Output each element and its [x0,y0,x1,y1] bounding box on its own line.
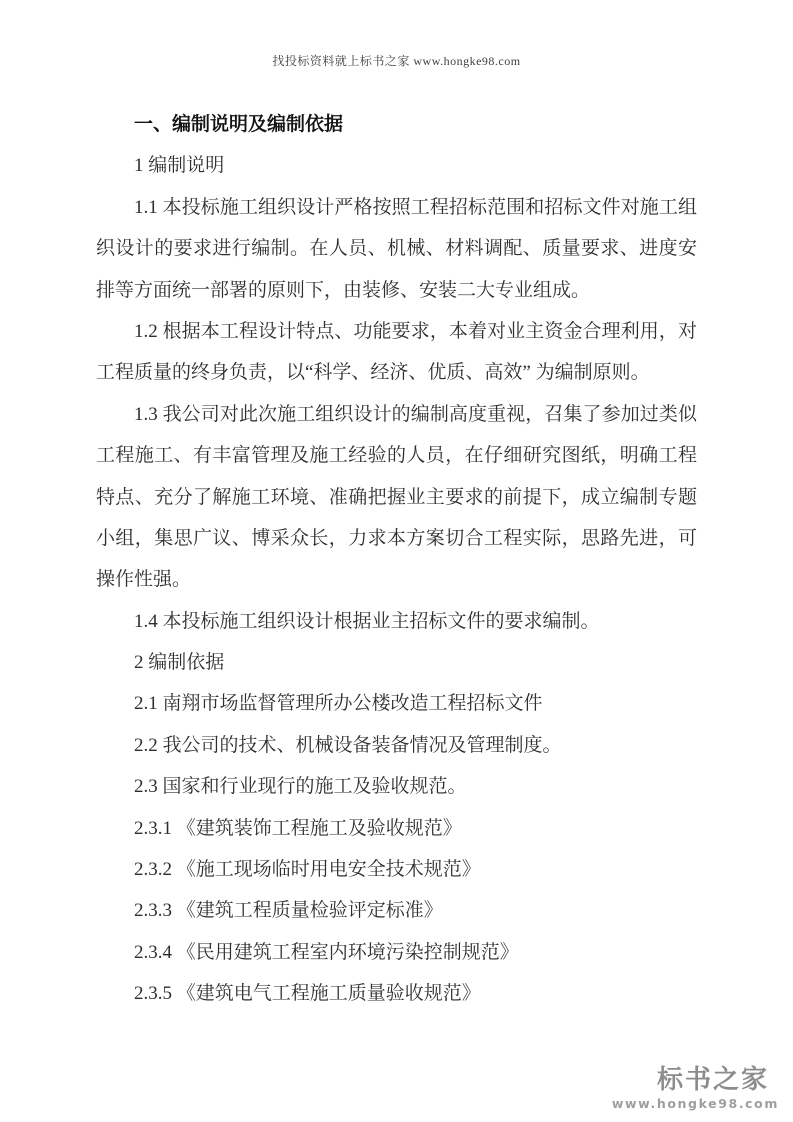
watermark: 标书之家 www.hongke98.com [612,1067,779,1111]
paragraph-line: 2.1 南翔市场监督管理所办公楼改造工程招标文件 [96,683,697,724]
paragraph-line: 工程施工、有丰富管理及施工经验的人员，在仔细研究图纸，明确工程 [96,435,697,476]
paragraph-line: 2.3.3 《建筑工程质量检验评定标准》 [96,890,697,931]
paragraph-line: 2.3 国家和行业现行的施工及验收规范。 [96,766,697,807]
document-header: 找投标资料就上标书之家 www.hongke98.com [0,52,793,69]
document-page: 找投标资料就上标书之家 www.hongke98.com 一、编制说明及编制依据… [0,0,793,1122]
watermark-logo: 标书之家 [612,1067,779,1093]
watermark-url: www.hongke98.com [612,1098,779,1111]
paragraph-line: 2.3.1 《建筑装饰工程施工及验收规范》 [96,808,697,849]
paragraph-line: 1 编制说明 [96,145,697,186]
paragraph-line: 1.2 根据本工程设计特点、功能要求，本着对业主资金合理利用，对 [96,311,697,352]
paragraph-line: 织设计的要求进行编制。在人员、机械、材料调配、质量要求、进度安 [96,228,697,269]
section-heading: 一、编制说明及编制依据 [96,104,697,145]
paragraph-line: 工程质量的终身负责，以“科学、经济、优质、高效” 为编制原则。 [96,352,697,393]
paragraph-line: 2 编制依据 [96,642,697,683]
paragraph-line: 2.3.2 《施工现场临时用电安全技术规范》 [96,849,697,890]
paragraph-line: 操作性强。 [96,559,697,600]
paragraph-line: 2.3.4 《民用建筑工程室内环境污染控制规范》 [96,932,697,973]
paragraph-line: 1.3 我公司对此次施工组织设计的编制高度重视，召集了参加过类似 [96,394,697,435]
paragraph-line: 1.4 本投标施工组织设计根据业主招标文件的要求编制。 [96,601,697,642]
paragraph-line: 排等方面统一部署的原则下，由装修、安装二大专业组成。 [96,270,697,311]
header-site-text: 找投标资料就上标书之家 www.hongke98.com [272,54,520,68]
paragraph-line: 1.1 本投标施工组织设计严格按照工程招标范围和招标文件对施工组 [96,187,697,228]
paragraph-line: 2.3.5 《建筑电气工程施工质量验收规范》 [96,973,697,1014]
paragraph-line: 小组，集思广议、博采众长，力求本方案切合工程实际，思路先进，可 [96,518,697,559]
paragraphs: 1 编制说明1.1 本投标施工组织设计严格按照工程招标范围和招标文件对施工组织设… [96,145,697,1014]
document-body: 一、编制说明及编制依据 1 编制说明1.1 本投标施工组织设计严格按照工程招标范… [96,104,697,1015]
paragraph-line: 2.2 我公司的技术、机械设备装备情况及管理制度。 [96,725,697,766]
paragraph-line: 特点、充分了解施工环境、准确把握业主要求的前提下，成立编制专题 [96,477,697,518]
